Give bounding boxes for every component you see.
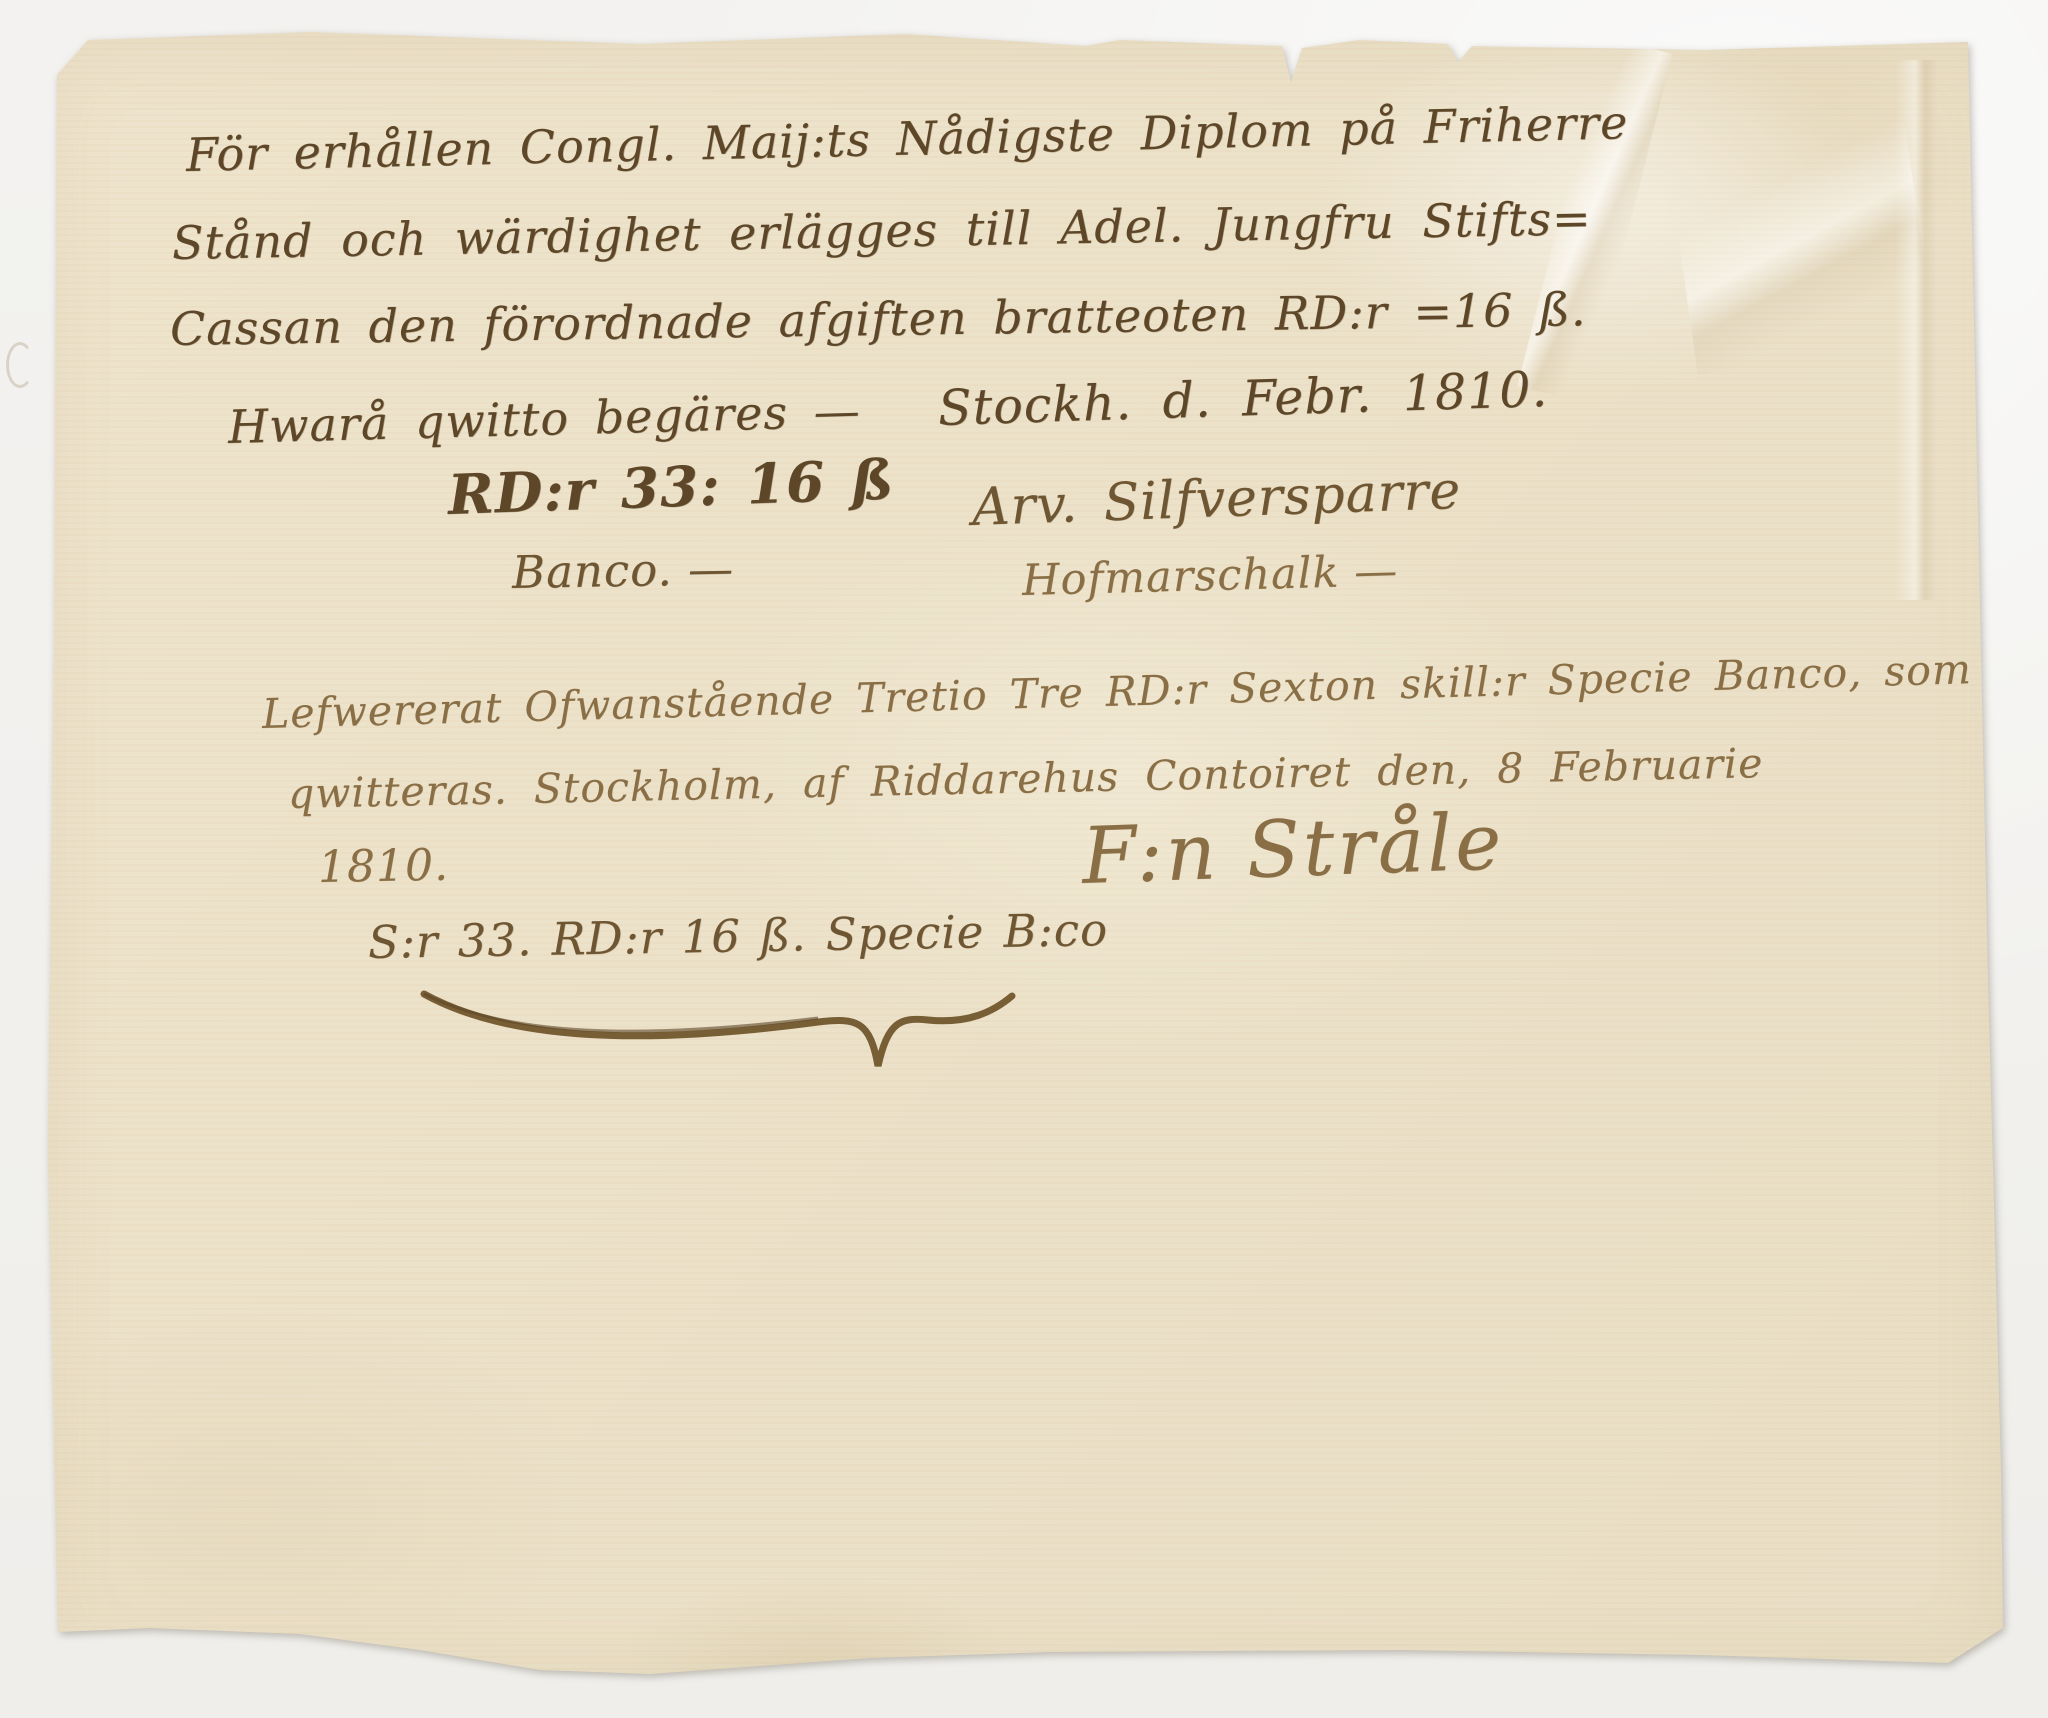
receipt-line-2: qwitteras. Stockholm, af Riddarehus Cont… <box>287 739 1763 818</box>
request-dateline: Stockh. d. Febr. 1810. <box>937 361 1549 437</box>
receipt-line-1: Lefwererat Ofwanstående Tretio Tre RD:r … <box>261 645 1972 738</box>
request-line-2: Stånd och wärdighet erlägges till Adel. … <box>172 191 1592 270</box>
receipt-sum-line: S:r 33. RD:r 16 ß. Specie B:co <box>368 903 1109 969</box>
amount-line: RD:r 33: 16 ß <box>447 446 895 527</box>
paper-sheet: För erhållen Congl. Maij:ts Nådigste Dip… <box>0 0 2048 1718</box>
paper-crease <box>1890 60 1940 600</box>
amount-currency-line: Banco. — <box>512 542 735 599</box>
request-line-1: För erhållen Congl. Maij:ts Nådigste Dip… <box>185 95 1628 182</box>
paper-crease <box>1664 104 1935 375</box>
request-line-4-left: Hwarå qwitto begäres — <box>227 383 861 454</box>
signature-strale: F:n Stråle <box>1080 797 1505 902</box>
request-line-3: Cassan den förordnade afgiften bratteote… <box>170 282 1587 356</box>
receipt-year: 1810. <box>318 840 450 893</box>
signature-silfversparre: Arv. Silfversparre <box>971 461 1462 538</box>
paper-sheet-wrapper: För erhållen Congl. Maij:ts Nådigste Dip… <box>0 0 2048 1718</box>
signature-title-hofmarschalk: Hofmarschalk — <box>1021 546 1398 606</box>
sum-underline-flourish <box>418 978 1018 1088</box>
